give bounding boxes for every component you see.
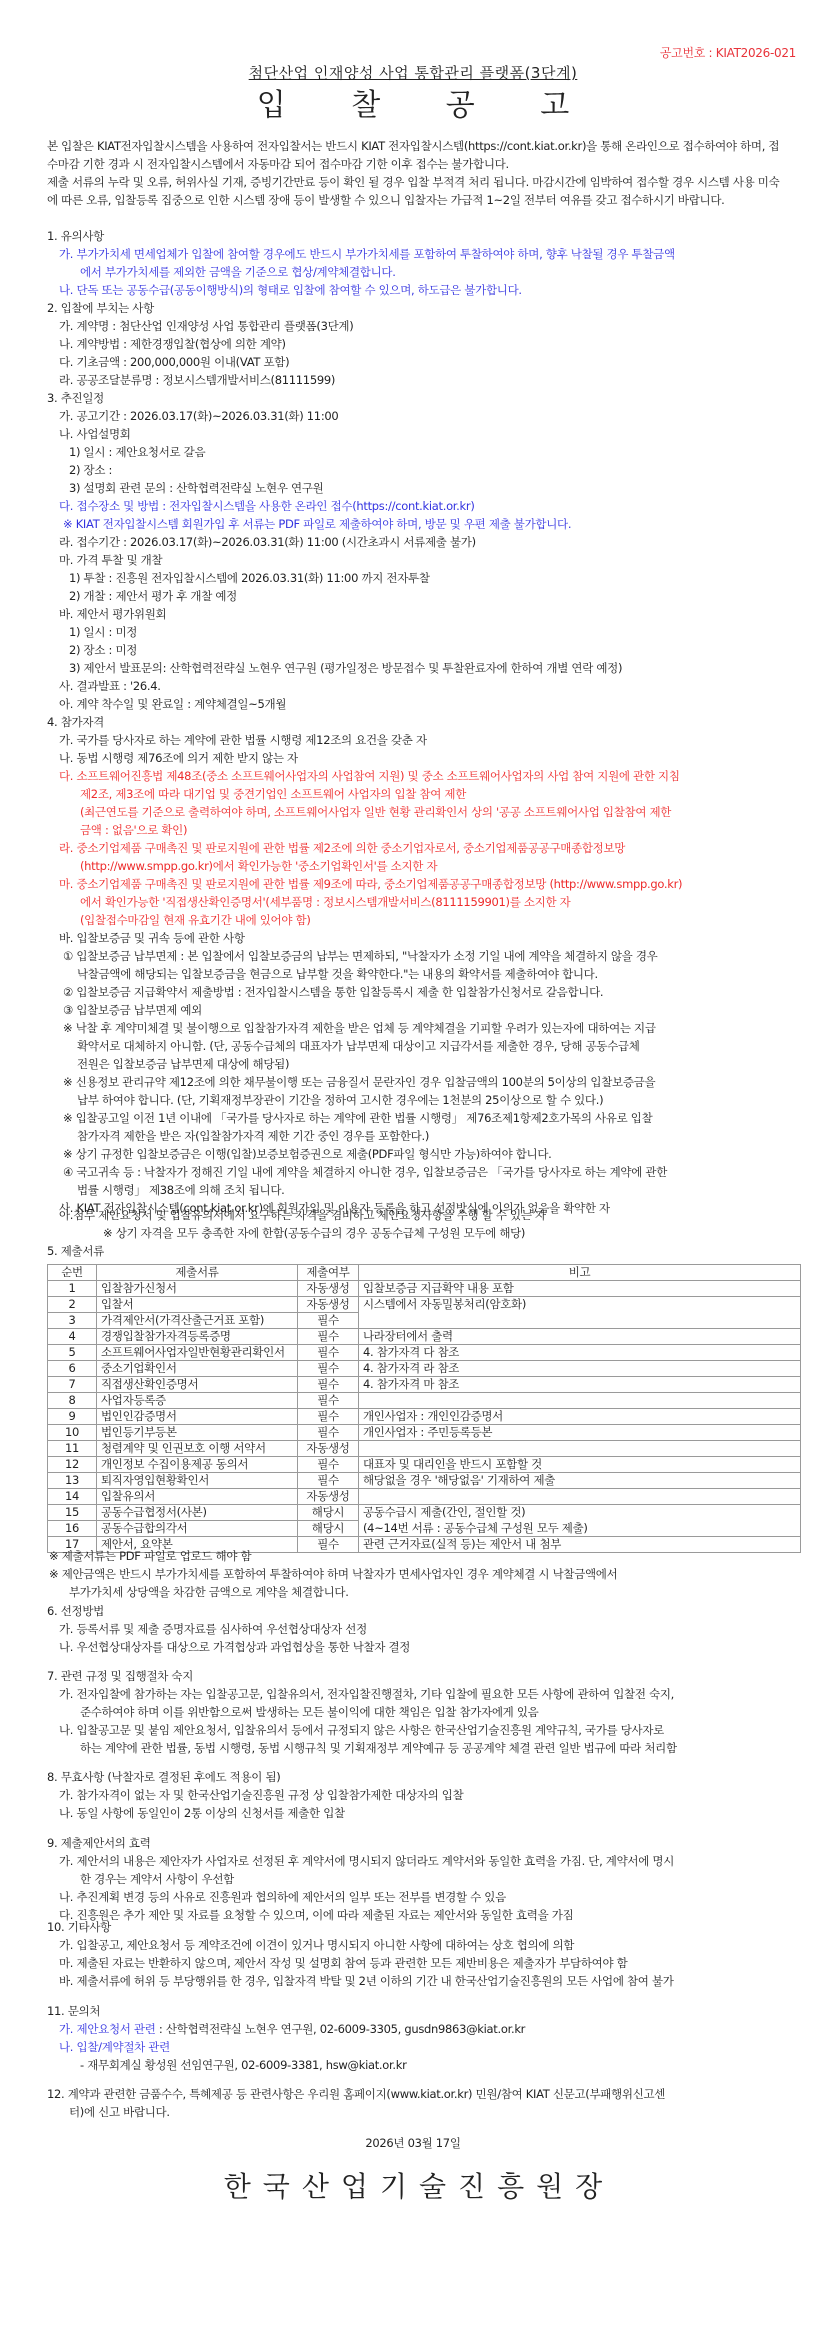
deposit-item-cont: 낙찰금액에 해당되는 입찰보증금을 현금으로 납부할 것을 확약한다."는 내용… [47, 965, 807, 983]
cell-submit: 자동생성 [298, 1281, 359, 1297]
notice-item: 나. 단독 또는 공동수급(공동이행방식)의 형태로 입찰에 참여할 수 있으며… [47, 281, 807, 299]
table-row: 6 중소기업확인서 필수 4. 참가자격 라 참조 [48, 1361, 801, 1377]
schedule-item: 아. 계약 착수일 및 완료일 : 계약체결일~5개월 [47, 695, 807, 713]
schedule-subitem: 2) 개찰 : 제안서 평가 후 개찰 예정 [47, 587, 807, 605]
cell-document: 퇴직자영입현황확인서 [97, 1473, 298, 1489]
contact-bid-text: - 재무회계실 황성원 선임연구원, 02-6009-3381, hsw@kia… [47, 2056, 807, 2074]
cell-submit: 자동생성 [298, 1441, 359, 1457]
validity-item: 나. 추진계획 변경 등의 사유로 진흥원과 협의하에 제안서의 일부 또는 전… [47, 1888, 807, 1906]
notice-item-cont: 에서 부가가치세를 제외한 금액을 기준으로 협상/계약체결합니다. [47, 263, 807, 281]
notice-date: 2026년 03월 17일 [0, 2134, 826, 2152]
cell-no: 2 [48, 1297, 97, 1313]
eligibility-item-cont: 에서 확인가능한 '직접생산확인증명서'(세부품명 : 정보시스템개발서비스(8… [47, 893, 807, 911]
notice-number: 공고번호 : KIAT2026-021 [660, 44, 796, 62]
section-heading: 3. 추진일정 [47, 389, 807, 407]
cell-note: 입찰보증금 지급확약 내용 포함 [359, 1281, 801, 1297]
cell-no: 10 [48, 1425, 97, 1441]
table-row: 2 입찰서 자동생성 시스템에서 자동밀봉처리(암호화) [48, 1297, 801, 1313]
section-9-validity: 9. 제출제안서의 효력 가. 제안서의 내용은 제안자가 사업자로 선정된 후… [47, 1834, 807, 1924]
section-12-report: 12. 계약과 관련한 금품수수, 특혜제공 등 관련사항은 우리원 홈페이지(… [47, 2085, 807, 2121]
contact-rfp: 가. 제안요청서 관련 : 산학협력전략실 노현우 연구원, 02-6009-3… [47, 2020, 807, 2038]
table-row: 9 법인인감증명서 필수 개인사업자 : 개인인감증명서 [48, 1409, 801, 1425]
table-row: 13 퇴직자영입현황확인서 필수 해당없을 경우 '해당없음' 기재하여 제출 [48, 1473, 801, 1489]
deposit-item: ② 입찰보증금 지급확약서 제출방법 : 전자입찰시스템을 통한 입찰등록시 제… [47, 983, 807, 1001]
cell-submit: 자동생성 [298, 1297, 359, 1313]
issuing-organization: 한국산업기술진흥원장 [0, 2170, 826, 2204]
documents-note-cont: 부가가치세 상당액을 차감한 금액으로 계약을 체결합니다. [47, 1583, 807, 1601]
intro-paragraph: 본 입찰은 KIAT전자입찰시스템을 사용하여 전자입찰서는 반드시 KIAT … [47, 137, 787, 209]
page-title: 입 찰 공 고 [0, 88, 826, 124]
eligibility-item-cont: 제2조, 제3조에 따라 대기업 및 중견기업인 소프트웨어 사업자의 입찰 참… [47, 785, 807, 803]
cell-no: 1 [48, 1281, 97, 1297]
documents-notes: ※ 제출서류는 PDF 파일로 업로드 해야 함 ※ 제안금액은 반드시 부가가… [47, 1547, 807, 1601]
contact-bid-label: 나. 입찰/계약절차 관련 [47, 2038, 807, 2056]
validity-item-cont: 한 경우는 계약서 사항이 우선함 [47, 1870, 807, 1888]
schedule-subitem: 1) 투찰 : 진흥원 전자입찰시스템에 2026.03.31(화) 11:00… [47, 569, 807, 587]
schedule-subitem: 1) 일시 : 제안요청서로 갈음 [47, 443, 807, 461]
col-header-document: 제출서류 [97, 1265, 298, 1281]
cell-submit: 필수 [298, 1473, 359, 1489]
schedule-item: 바. 제안서 평가위원회 [47, 605, 807, 623]
eligibility-item: 아.첨부 제안요청서 및 입찰유의서에서 요구하는 자격을 겸비하고 제안요청사… [47, 1206, 807, 1224]
base-amount: 다. 기초금액 : 200,000,000원 이내(VAT 포함) [47, 353, 807, 371]
cell-submit: 필수 [298, 1393, 359, 1409]
eligibility-item: 나. 동법 시행령 제76조에 의거 제한 받지 않는 자 [47, 749, 807, 767]
deposit-item-cont: 법률 시행령」 제38조에 의해 조치 됩니다. [47, 1181, 807, 1199]
intro-text-2: 제출 서류의 누락 및 오류, 허위사실 기재, 증빙기간만료 등이 확인 될 … [47, 173, 787, 209]
cell-note: 나라장터에서 출력 [359, 1329, 801, 1345]
schedule-subitem: 1) 일시 : 미정 [47, 623, 807, 641]
eligibility-item: 바. 입찰보증금 및 귀속 등에 관한 사항 [47, 929, 807, 947]
cell-document: 입찰서 [97, 1297, 298, 1313]
cell-no: 13 [48, 1473, 97, 1489]
cell-submit: 필수 [298, 1313, 359, 1329]
notice-item: 가. 부가가치세 면세업체가 입찰에 참여할 경우에도 반드시 부가가치세를 포… [47, 245, 807, 263]
cell-document: 사업자등록증 [97, 1393, 298, 1409]
section-1-notes: 1. 유의사항 가. 부가가치세 면세업체가 입찰에 참여할 경우에도 반드시 … [47, 227, 807, 299]
misc-item: 가. 입찰공고, 제안요청서 등 계약조건에 이견이 있거나 명시되지 아니한 … [47, 1936, 807, 1954]
section-8-invalid: 8. 무효사항 (낙찰자로 결정된 후에도 적용이 됨) 가. 참가자격이 없는… [47, 1768, 807, 1822]
cell-note [359, 1393, 801, 1409]
table-row: 15 공동수급협정서(사본) 해당시 공동수급시 제출(간인, 절인할 것) [48, 1505, 801, 1521]
cell-document: 가격제안서(가격산출근거표 포함) [97, 1313, 298, 1329]
regulation-item: 나. 입찰공고문 및 붙임 제안요청서, 입찰유의서 등에서 규정되지 않은 사… [47, 1721, 807, 1739]
deposit-note: ※ 입찰공고일 이전 1년 이내에 「국가를 당사자로 하는 계약에 관한 법률… [47, 1109, 807, 1127]
deposit-item: ① 입찰보증금 납부면제 : 본 입찰에서 입찰보증금의 납부는 면제하되, "… [47, 947, 807, 965]
invalid-item: 나. 동일 사항에 동일인이 2통 이상의 신청서를 제출한 입찰 [47, 1804, 807, 1822]
cell-submit: 해당시 [298, 1521, 359, 1537]
schedule-subitem: 2) 장소 : [47, 461, 807, 479]
deposit-note-cont: 확약서로 대체하지 아니함. (단, 공동수급체의 대표자가 납부면제 대상이고… [47, 1037, 807, 1055]
documents-table: 순번 제출서류 제출여부 비고 1 입찰참가신청서 자동생성 입찰보증금 지급확… [47, 1264, 801, 1553]
cell-note [359, 1441, 801, 1457]
eligibility-item-cont: (http://www.smpp.go.kr)에서 확인가능한 '중소기업확인서… [47, 857, 807, 875]
contact-rfp-label: 가. 제안요청서 관련 [59, 2022, 156, 2036]
cell-document: 개인정보 수집이용제공 동의서 [97, 1457, 298, 1473]
deposit-note: ※ 상기 규정한 입찰보증금은 이행(입찰)보증보험증권으로 제출(PDF파일 … [47, 1145, 807, 1163]
cell-document: 공동수급합의각서 [97, 1521, 298, 1537]
regulation-item-cont: 하는 계약에 관한 법률, 동법 시행령, 동법 시행규칙 및 기획재정부 계약… [47, 1739, 807, 1757]
table-row: 11 청렴계약 및 인권보호 이행 서약서 자동생성 [48, 1441, 801, 1457]
documents-note: ※ 제출서류는 PDF 파일로 업로드 해야 함 [47, 1547, 807, 1565]
eligibility-item: 라. 중소기업제품 구매촉진 및 판로지원에 관한 법률 제2조에 의한 중소기… [47, 839, 807, 857]
cell-no: 6 [48, 1361, 97, 1377]
intro-text-1: 본 입찰은 KIAT전자입찰시스템을 사용하여 전자입찰서는 반드시 KIAT … [47, 137, 787, 173]
project-subtitle: 첨단산업 인재양성 사업 통합관리 플랫폼(3단계) [0, 64, 826, 82]
cell-document: 입찰유의서 [97, 1489, 298, 1505]
cell-no: 3 [48, 1313, 97, 1329]
eligibility-item-a: 아.첨부 제안요청서 및 입찰유의서에서 요구하는 자격을 겸비하고 제안요청사… [47, 1206, 807, 1242]
cell-submit: 해당시 [298, 1505, 359, 1521]
cell-submit: 필수 [298, 1329, 359, 1345]
cell-note: 4. 참가자격 마 참조 [359, 1377, 801, 1393]
schedule-item: 마. 가격 투찰 및 개찰 [47, 551, 807, 569]
deposit-note-cont: 전원은 입찰보증금 납부면제 대상에 해당됨) [47, 1055, 807, 1073]
cell-no: 14 [48, 1489, 97, 1505]
cell-no: 8 [48, 1393, 97, 1409]
contact-rfp-text: : 산학협력전략실 노현우 연구원, 02-6009-3305, gusdn98… [156, 2022, 526, 2036]
eligibility-item-cont: (최근연도를 기준으로 출력하여야 하며, 소프트웨어사업자 일반 현황 관리확… [47, 803, 807, 821]
deposit-note-cont: 납부 하여야 합니다. (단, 기획재정부장관이 기간을 정하여 고시한 경우에… [47, 1091, 807, 1109]
cell-note: 대표자 및 대리인을 반드시 포함할 것 [359, 1457, 801, 1473]
table-row: 1 입찰참가신청서 자동생성 입찰보증금 지급확약 내용 포함 [48, 1281, 801, 1297]
section-heading: 1. 유의사항 [47, 227, 807, 245]
cell-submit: 필수 [298, 1425, 359, 1441]
cell-note: 4. 참가자격 다 참조 [359, 1345, 801, 1361]
cell-submit: 필수 [298, 1457, 359, 1473]
cell-note: 개인사업자 : 주민등록등본 [359, 1425, 801, 1441]
cell-note: 개인사업자 : 개인인감증명서 [359, 1409, 801, 1425]
cell-document: 경쟁입찰참가자격등록증명 [97, 1329, 298, 1345]
section-10-misc: 10. 기타사항 가. 입찰공고, 제안요청서 등 계약조건에 이견이 있거나 … [47, 1918, 807, 1990]
selection-item: 나. 우선협상대상자를 대상으로 가격협상과 과업협상을 통한 낙찰자 결정 [47, 1638, 807, 1656]
table-row: 10 법인등기부등본 필수 개인사업자 : 주민등록등본 [48, 1425, 801, 1441]
deposit-note: ※ 낙찰 후 계약미체결 및 불이행으로 입찰참가자격 제한을 받은 업체 등 … [47, 1019, 807, 1037]
col-header-no: 순번 [48, 1265, 97, 1281]
cell-document: 입찰참가신청서 [97, 1281, 298, 1297]
submission-method: 다. 접수장소 및 방법 : 전자입찰시스템을 사용한 온라인 접수(https… [47, 497, 807, 515]
deposit-note-cont: 참가자격 제한을 받은 자(입찰참가자격 제한 기간 중인 경우를 포함한다.) [47, 1127, 807, 1145]
deposit-item: ④ 국고귀속 등 : 낙찰자가 정해진 기일 내에 계약을 체결하지 아니한 경… [47, 1163, 807, 1181]
cell-no: 9 [48, 1409, 97, 1425]
table-row: 4 경쟁입찰참가자격등록증명 필수 나라장터에서 출력 [48, 1329, 801, 1345]
deposit-note: ※ 신용정보 관리규약 제12조에 의한 채무불이행 또는 금융질서 문란자인 … [47, 1073, 807, 1091]
cell-document: 직접생산확인증명서 [97, 1377, 298, 1393]
cell-document: 소프트웨어사업자일반현황관리확인서 [97, 1345, 298, 1361]
cell-no: 7 [48, 1377, 97, 1393]
table-row: 7 직접생산확인증명서 필수 4. 참가자격 마 참조 [48, 1377, 801, 1393]
schedule-item: 가. 공고기간 : 2026.03.17(화)~2026.03.31(화) 11… [47, 407, 807, 425]
cell-document: 공동수급협정서(사본) [97, 1505, 298, 1521]
section-heading: 2. 입찰에 부치는 사항 [47, 299, 807, 317]
section-5-heading: 5. 제출서류 [47, 1242, 807, 1260]
section-heading: 5. 제출서류 [47, 1242, 807, 1260]
section-6-selection: 6. 선정방법 가. 등록서류 및 제출 증명자료를 심사하여 우선협상대상자 … [47, 1602, 807, 1656]
section-4-eligibility: 4. 참가자격 가. 국가를 당사자로 하는 계약에 관한 법률 시행령 제12… [47, 713, 807, 1217]
schedule-subitem: 3) 제안서 발표문의: 산학협력전략실 노현우 연구원 (평가일정은 방문접수… [47, 659, 807, 677]
eligibility-item: 마. 중소기업제품 구매촉진 및 판로지원에 관한 법률 제9조에 따라, 중소… [47, 875, 807, 893]
section-heading: 4. 참가자격 [47, 713, 807, 731]
cell-note: 4. 참가자격 라 참조 [359, 1361, 801, 1377]
cell-submit: 필수 [298, 1361, 359, 1377]
cell-submit: 필수 [298, 1345, 359, 1361]
cell-no: 11 [48, 1441, 97, 1457]
schedule-item: 사. 결과발표 : '26.4. [47, 677, 807, 695]
contract-method: 나. 계약방법 : 제한경쟁입찰(협상에 의한 계약) [47, 335, 807, 353]
misc-item: 바. 제출서류에 허위 등 부당행위를 한 경우, 입찰자격 박탈 및 2년 이… [47, 1972, 807, 1990]
cell-no: 12 [48, 1457, 97, 1473]
col-header-submit: 제출여부 [298, 1265, 359, 1281]
eligibility-note: ※ 상기 자격을 모두 충족한 자에 한함(공동수급의 경우 공동수급체 구성원… [47, 1224, 807, 1242]
cell-note: 해당없을 경우 '해당없음' 기재하여 제출 [359, 1473, 801, 1489]
invalid-item: 가. 참가자격이 없는 자 및 한국산업기술진흥원 규정 상 입찰참가제한 대상… [47, 1786, 807, 1804]
cell-document: 청렴계약 및 인권보호 이행 서약서 [97, 1441, 298, 1457]
table-row: 5 소프트웨어사업자일반현황관리확인서 필수 4. 참가자격 다 참조 [48, 1345, 801, 1361]
schedule-item: 나. 사업설명회 [47, 425, 807, 443]
section-heading: 9. 제출제안서의 효력 [47, 1834, 807, 1852]
col-header-note: 비고 [359, 1265, 801, 1281]
cell-document: 중소기업확인서 [97, 1361, 298, 1377]
eligibility-item-cont: (입찰접수마감일 현재 유효기간 내에 있어야 함) [47, 911, 807, 929]
deposit-item: ③ 입찰보증금 납부면제 예외 [47, 1001, 807, 1019]
schedule-subitem: 3) 설명회 관련 문의 : 산학협력전략실 노현우 연구원 [47, 479, 807, 497]
cell-no: 16 [48, 1521, 97, 1537]
cell-document: 법인인감증명서 [97, 1409, 298, 1425]
regulation-item: 가. 전자입찰에 참가하는 자는 입찰공고문, 입찰유의서, 전자입찰진행절차,… [47, 1685, 807, 1703]
report-text: 12. 계약과 관련한 금품수수, 특혜제공 등 관련사항은 우리원 홈페이지(… [47, 2085, 807, 2103]
validity-item: 가. 제안서의 내용은 제안자가 사업자로 선정된 후 계약서에 명시되지 않더… [47, 1852, 807, 1870]
misc-item: 마. 제출된 자료는 반환하지 않으며, 제안서 작성 및 설명회 참여 등과 … [47, 1954, 807, 1972]
cell-note: (4~14번 서류 : 공동수급체 구성원 모두 제출) [359, 1521, 801, 1537]
cell-no: 5 [48, 1345, 97, 1361]
cell-note: 공동수급시 제출(간인, 절인할 것) [359, 1505, 801, 1521]
submission-note: ※ KIAT 전자입찰시스템 회원가입 후 서류는 PDF 파일로 제출하여야 … [47, 515, 807, 533]
eligibility-item: 다. 소프트웨어진흥법 제48조(중소 소프트웨어사업자의 사업참여 지원) 및… [47, 767, 807, 785]
procurement-class: 라. 공공조달분류명 : 정보시스템개발서비스(81111599) [47, 371, 807, 389]
section-heading: 7. 관련 규정 및 집행절차 숙지 [47, 1667, 807, 1685]
section-11-contacts: 11. 문의처 가. 제안요청서 관련 : 산학협력전략실 노현우 연구원, 0… [47, 2002, 807, 2074]
schedule-subitem: 2) 장소 : 미정 [47, 641, 807, 659]
documents-note: ※ 제안금액은 반드시 부가가치세를 포함하여 투찰하여야 하며 낙찰자가 면세… [47, 1565, 807, 1583]
cell-note: 시스템에서 자동밀봉처리(암호화) [359, 1297, 801, 1329]
cell-submit: 필수 [298, 1377, 359, 1393]
table-row: 16 공동수급합의각서 해당시 (4~14번 서류 : 공동수급체 구성원 모두… [48, 1521, 801, 1537]
schedule-item: 라. 접수기간 : 2026.03.17(화)~2026.03.31(화) 11… [47, 533, 807, 551]
cell-submit: 자동생성 [298, 1489, 359, 1505]
table-row: 8 사업자등록증 필수 [48, 1393, 801, 1409]
table-row: 14 입찰유의서 자동생성 [48, 1489, 801, 1505]
cell-no: 15 [48, 1505, 97, 1521]
table-row: 12 개인정보 수집이용제공 동의서 필수 대표자 및 대리인을 반드시 포함할… [48, 1457, 801, 1473]
section-heading: 8. 무효사항 (낙찰자로 결정된 후에도 적용이 됨) [47, 1768, 807, 1786]
section-heading: 10. 기타사항 [47, 1918, 807, 1936]
table-header-row: 순번 제출서류 제출여부 비고 [48, 1265, 801, 1281]
section-heading: 11. 문의처 [47, 2002, 807, 2020]
cell-no: 4 [48, 1329, 97, 1345]
selection-item: 가. 등록서류 및 제출 증명자료를 심사하여 우선협상대상자 선정 [47, 1620, 807, 1638]
section-7-regulations: 7. 관련 규정 및 집행절차 숙지 가. 전자입찰에 참가하는 자는 입찰공고… [47, 1667, 807, 1757]
eligibility-item: 가. 국가를 당사자로 하는 계약에 관한 법률 시행령 제12조의 요건을 갖… [47, 731, 807, 749]
regulation-item-cont: 준수하여야 하며 이를 위반함으로써 발생하는 모든 불이익에 대한 책임은 입… [47, 1703, 807, 1721]
section-heading: 6. 선정방법 [47, 1602, 807, 1620]
section-3-schedule: 3. 추진일정 가. 공고기간 : 2026.03.17(화)~2026.03.… [47, 389, 807, 713]
cell-note [359, 1489, 801, 1505]
eligibility-item-cont: 금액 : 없음'으로 확인) [47, 821, 807, 839]
report-text-cont: 터)에 신고 바랍니다. [47, 2103, 807, 2121]
section-2-bid-items: 2. 입찰에 부치는 사항 가. 계약명 : 첨단산업 인재양성 사업 통합관리… [47, 299, 807, 389]
cell-submit: 필수 [298, 1409, 359, 1425]
contract-name: 가. 계약명 : 첨단산업 인재양성 사업 통합관리 플랫폼(3단계) [47, 317, 807, 335]
cell-document: 법인등기부등본 [97, 1425, 298, 1441]
